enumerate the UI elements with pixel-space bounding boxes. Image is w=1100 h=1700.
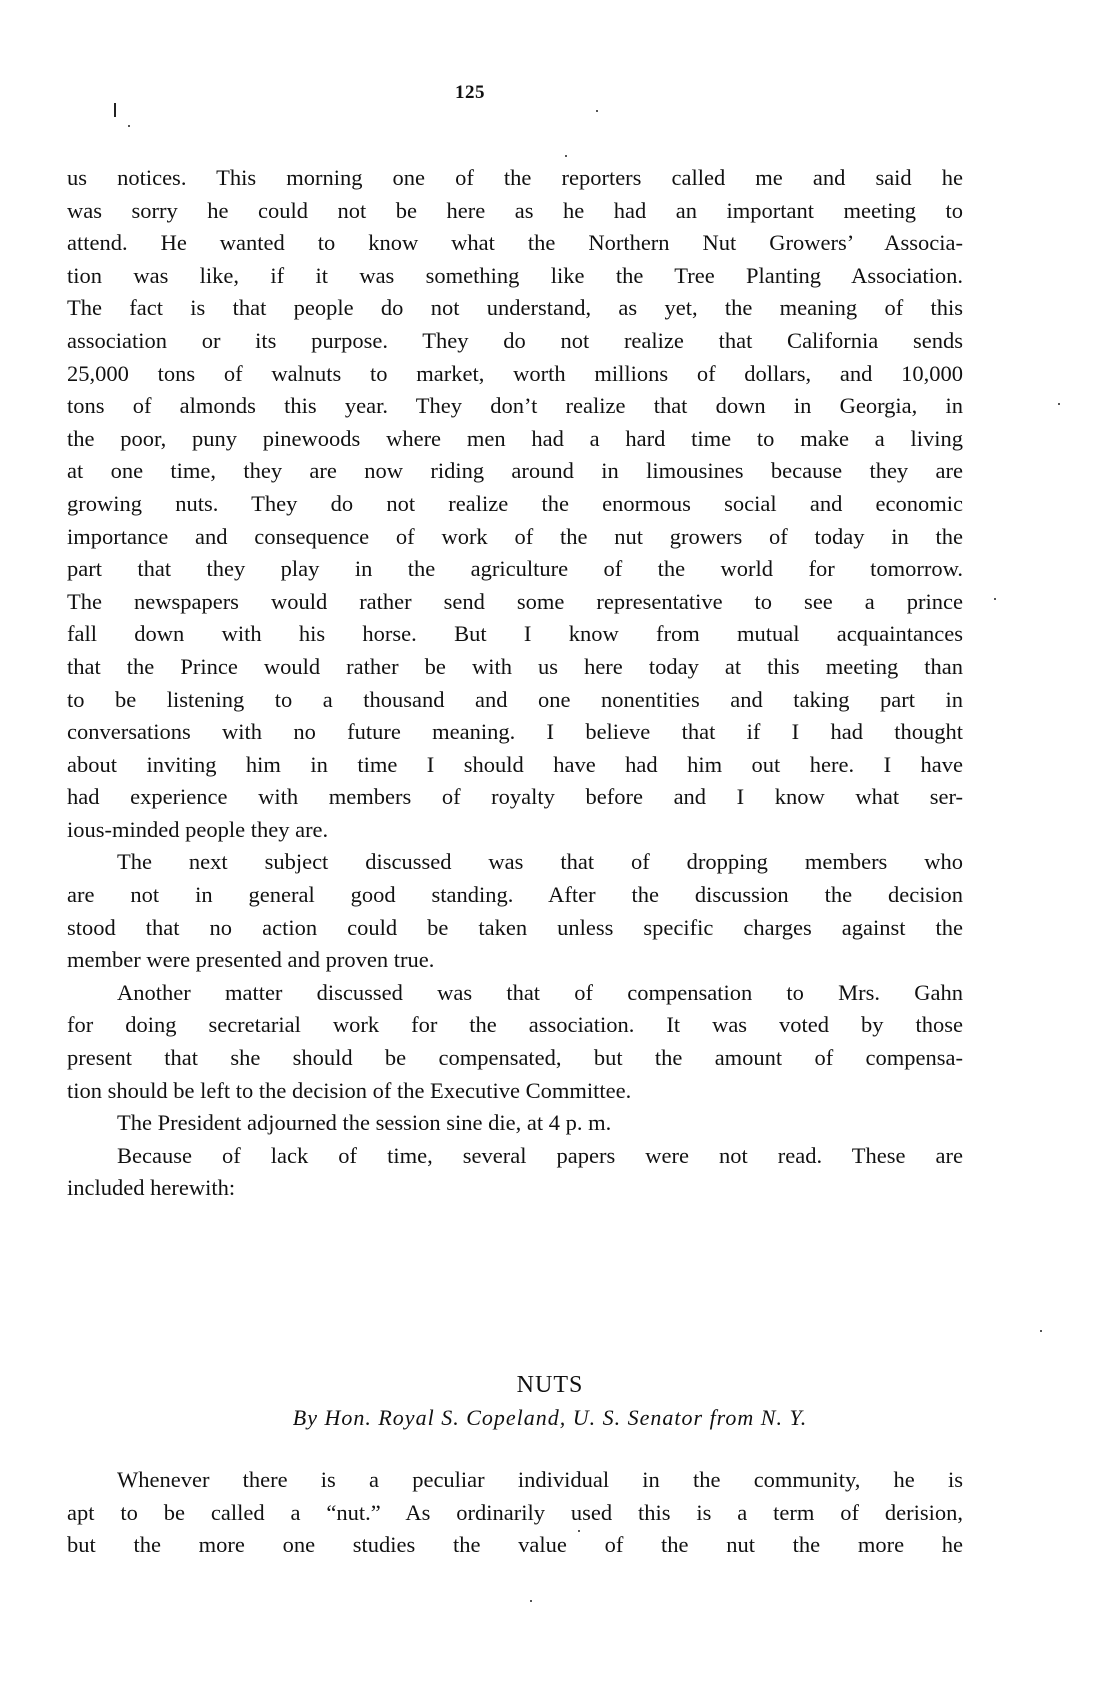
text-line: The next subject discussed was that of d… — [67, 846, 963, 879]
scan-speck — [128, 125, 130, 127]
text-line: tons of almonds this year. They don’t re… — [67, 390, 963, 423]
article-body-text: Whenever there is a peculiar individual … — [67, 1464, 963, 1562]
text-line: are not in general good standing. After … — [67, 879, 963, 912]
text-line: The newspapers would rather send some re… — [67, 586, 963, 619]
meeting-minutes-text: us notices. This morning one of the repo… — [67, 162, 963, 1205]
text-line: stood that no action could be taken unle… — [67, 912, 963, 945]
text-line: ious-minded people they are. — [67, 814, 963, 847]
text-line: importance and consequence of work of th… — [67, 521, 963, 554]
text-line: to be listening to a thousand and one no… — [67, 684, 963, 717]
text-line: the poor, puny pinewoods where men had a… — [67, 423, 963, 456]
text-line: Whenever there is a peculiar individual … — [67, 1464, 963, 1497]
text-line: Another matter discussed was that of com… — [67, 977, 963, 1010]
text-line: growing nuts. They do not realize the en… — [67, 488, 963, 521]
text-line: Because of lack of time, several papers … — [67, 1140, 963, 1173]
scan-speck — [565, 155, 567, 157]
text-line: part that they play in the agriculture o… — [67, 553, 963, 586]
text-line: at one time, they are now riding around … — [67, 455, 963, 488]
text-line: was sorry he could not be here as he had… — [67, 195, 963, 228]
text-line: 25,000 tons of walnuts to market, worth … — [67, 358, 963, 391]
text-line: conversations with no future meaning. I … — [67, 716, 963, 749]
scan-speck — [1058, 403, 1060, 405]
text-line: member were presented and proven true. — [67, 944, 963, 977]
scan-speck — [596, 110, 598, 112]
text-line: about inviting him in time I should have… — [67, 749, 963, 782]
text-line: that the Prince would rather be with us … — [67, 651, 963, 684]
text-line: us notices. This morning one of the repo… — [67, 162, 963, 195]
scan-speck — [530, 1600, 532, 1602]
text-line: tion was like, if it was something like … — [67, 260, 963, 293]
scan-speck — [994, 598, 996, 600]
text-line: apt to be called a “nut.” As ordinarily … — [67, 1497, 963, 1530]
text-line: present that she should be compensated, … — [67, 1042, 963, 1075]
article-byline: By Hon. Royal S. Copeland, U. S. Senator… — [0, 1405, 1100, 1431]
page-number: 125 — [430, 82, 510, 104]
text-line: had experience with members of royalty b… — [67, 781, 963, 814]
text-line: but the more one studies the value of th… — [67, 1529, 963, 1562]
text-line: association or its purpose. They do not … — [67, 325, 963, 358]
text-line: The President adjourned the session sine… — [67, 1107, 963, 1140]
scan-speck — [1040, 1330, 1042, 1332]
text-line: tion should be left to the decision of t… — [67, 1075, 963, 1108]
text-line: included herewith: — [67, 1172, 963, 1205]
text-line: The fact is that people do not understan… — [67, 292, 963, 325]
text-line: fall down with his horse. But I know fro… — [67, 618, 963, 651]
text-line: attend. He wanted to know what the North… — [67, 227, 963, 260]
article-title: NUTS — [0, 1372, 1100, 1399]
text-line: for doing secretarial work for the assoc… — [67, 1009, 963, 1042]
scan-artifact-mark — [114, 103, 116, 117]
